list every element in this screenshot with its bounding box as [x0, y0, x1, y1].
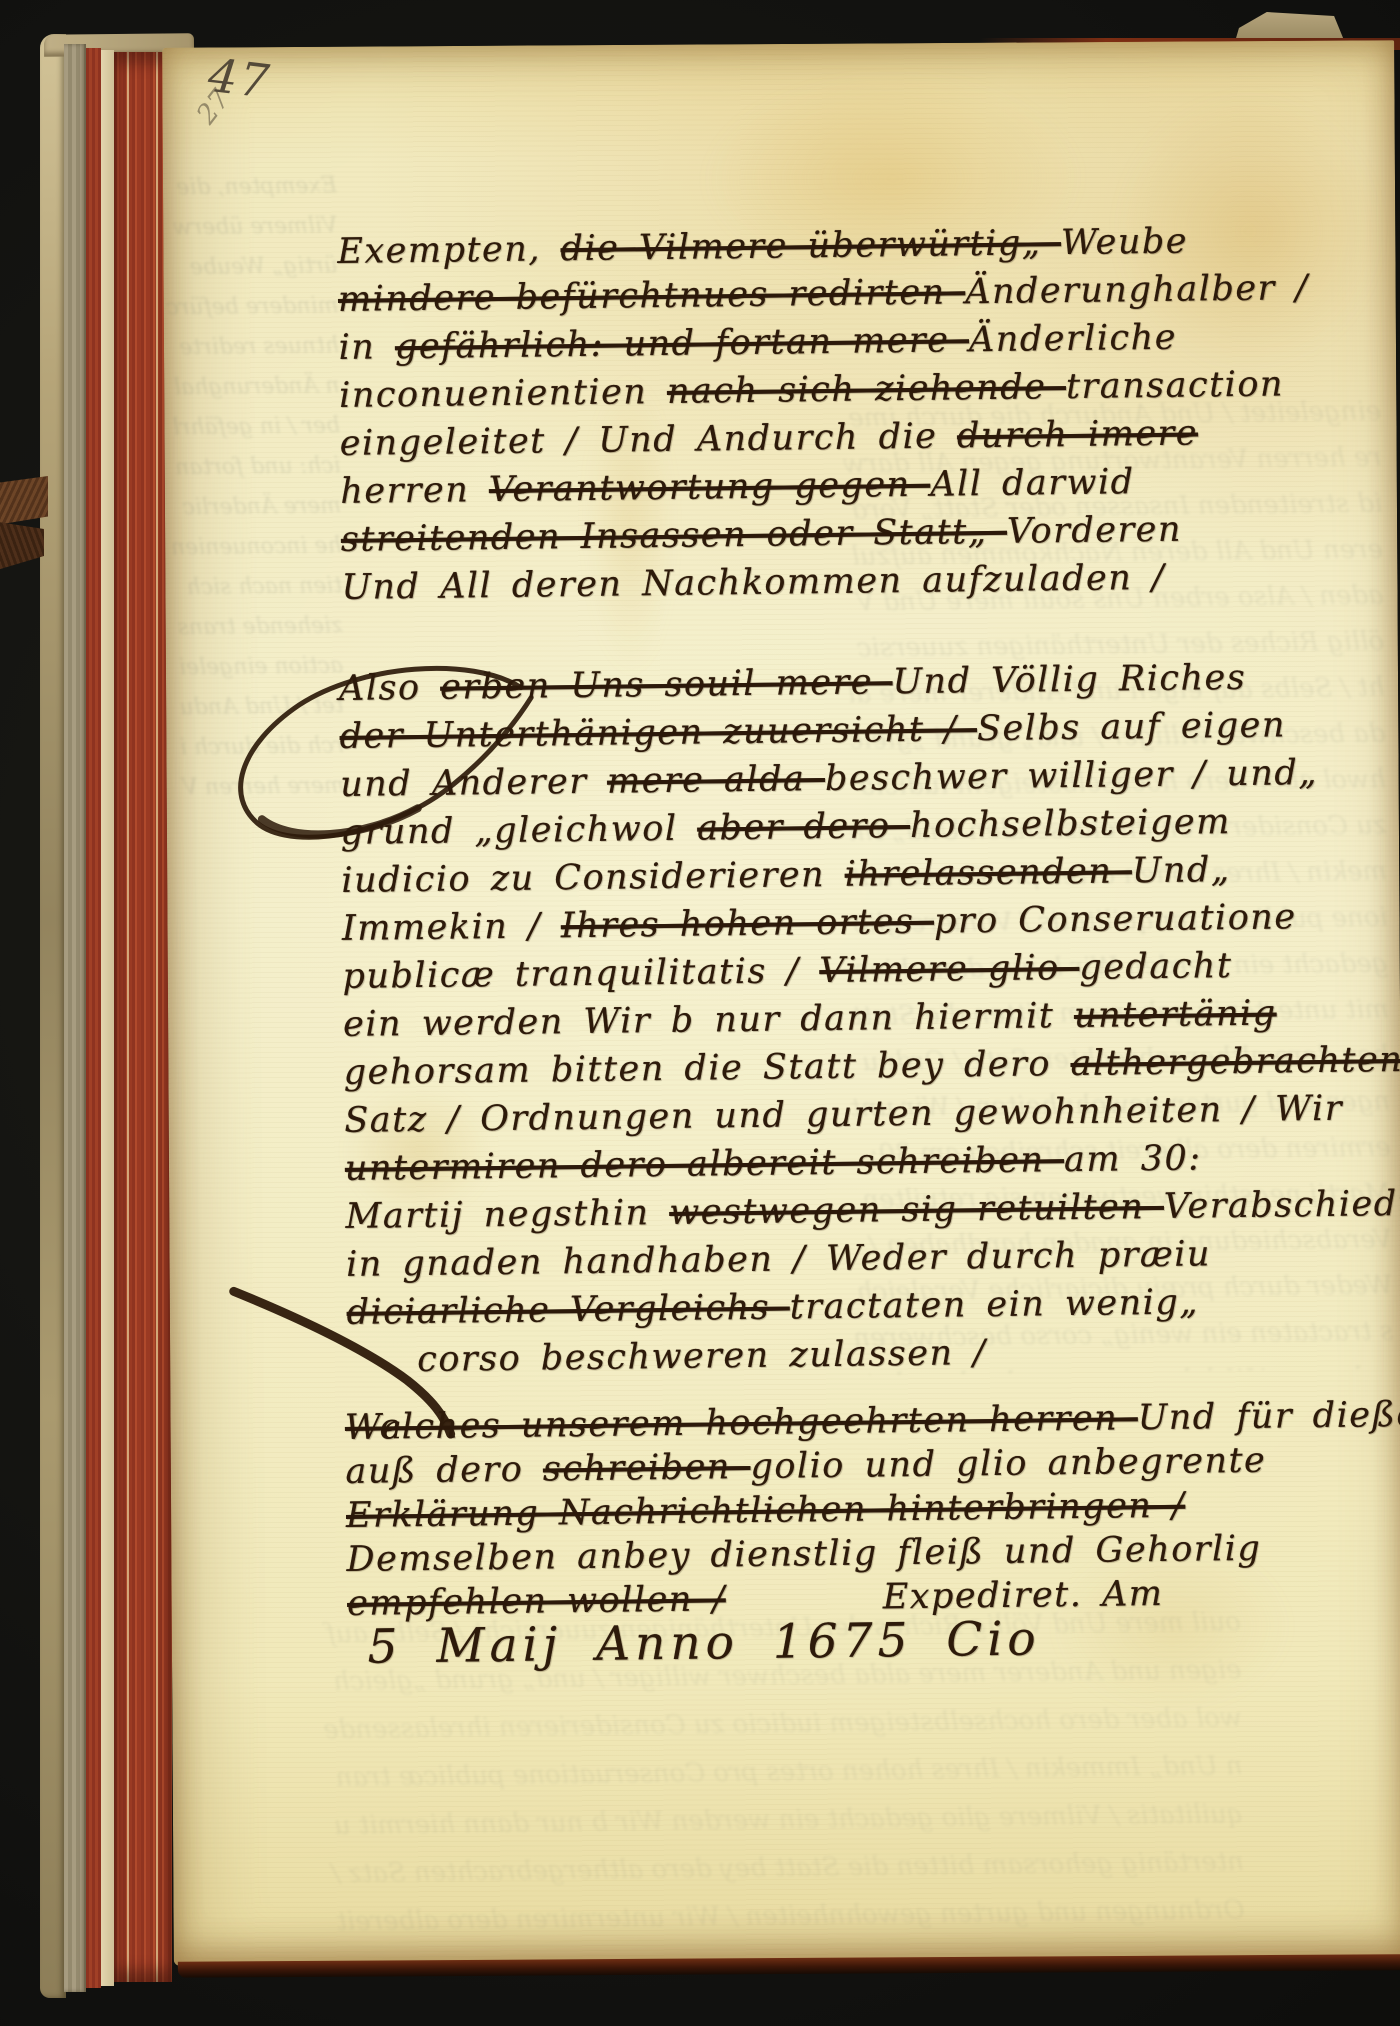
struck-text-segment: Ihres hohen ortes — [561, 902, 935, 947]
manuscript-paragraph-3: Welches unserem hochgeehrten herren Und … — [345, 1393, 1400, 1670]
text-segment: hochselbsteigem — [910, 802, 1231, 846]
text-segment: Und All deren Nachkommen aufzuladen / — [341, 558, 1165, 608]
struck-text-segment: diciarliche Vergleichs — [346, 1287, 790, 1332]
struck-text-segment: schreiben — [543, 1447, 751, 1490]
text-segment: grund „gleichwol — [341, 809, 698, 853]
endpaper-edge — [64, 44, 86, 1992]
text-segment: beschwer williger / und„ — [825, 753, 1318, 799]
ink-bleedthrough: Exempten, die Vilmere überwürtig„ Weube … — [165, 166, 345, 808]
text-segment: All darwid — [930, 462, 1135, 504]
text-segment: in — [338, 327, 395, 368]
struck-text-segment: untermiren dero albereit schreiben — [345, 1140, 1065, 1189]
text-segment: pro Conseruatione — [934, 897, 1297, 941]
text-segment: Immekin / — [342, 906, 561, 949]
cream-fore-edge-strip — [101, 50, 114, 1986]
struck-text-segment: Verantwortung gegen — [489, 465, 931, 510]
text-segment: inconuenientien — [339, 372, 667, 416]
text-segment: Martij negsthin — [345, 1193, 669, 1237]
text-segment: gehorsam bitten die Statt bey dero — [343, 1044, 1070, 1093]
struck-text-segment: durch imere — [957, 413, 1198, 456]
struck-text-segment: ihrelassenden — [844, 851, 1132, 895]
struck-text-segment: der Unterthänigen zuuersicht / — [339, 709, 977, 757]
text-segment: Selbs auf eigen — [977, 705, 1286, 749]
manuscript-page: Exempten, die Vilmere überwürtig„ Weube … — [162, 40, 1400, 1965]
struck-text-segment: nach sich ziehende — [667, 367, 1066, 412]
parchment-cover-edge — [40, 34, 66, 1998]
struck-text-segment: aber dero — [697, 806, 910, 849]
bookmark-ribbon-fold — [0, 476, 48, 528]
text-segment: eingeleitet / Und Andurch die — [339, 416, 957, 464]
manuscript-paragraph-2: Also erben Uns souil mere Und Völlig Ric… — [339, 652, 1400, 1385]
text-segment: Änderliche — [969, 318, 1177, 361]
red-fore-edge-strip — [86, 48, 101, 1988]
struck-text-segment: Vilmere glio — [819, 948, 1079, 991]
text-segment: und Anderer — [340, 762, 607, 805]
text-segment: 5 Maij Anno 1675 Cio — [367, 1611, 1041, 1674]
text-segment: Exempten, — [337, 229, 561, 272]
text-segment: Und„ — [1132, 850, 1231, 891]
photo-backdrop: Exempten, die Vilmere überwürtig„ Weube … — [0, 0, 1400, 2026]
text-segment: in gnaden handhaben / Weder durch præiu — [346, 1234, 1211, 1285]
text-segment: Verabschiedung — [1164, 1183, 1400, 1227]
text-segment: golio und glio anbegrente — [750, 1441, 1266, 1487]
text-segment: auß dero — [345, 1450, 543, 1492]
text-segment: iudicio zu Considerieren — [341, 855, 845, 901]
text-segment: gedacht — [1079, 946, 1233, 988]
text-segment: tractaten ein wenig„ — [789, 1282, 1199, 1327]
struck-text-segment: gefährlich: und fortan mere — [395, 320, 970, 367]
text-segment: am 30: — [1064, 1138, 1202, 1180]
struck-text-segment: die Vilmere überwürtig„ — [560, 223, 1061, 269]
struck-text-segment: untertänig — [1074, 994, 1277, 1036]
text-segment: Also — [339, 668, 441, 709]
text-segment: corso beschweren zulassen / — [417, 1333, 987, 1380]
text-segment: herren — [340, 470, 489, 512]
text-segment: Und Völlig Riches — [892, 658, 1246, 702]
manuscript-line: 5 Maij Anno 1675 Cio — [367, 1613, 1400, 1670]
struck-text-segment: mindere befürchtnues redirten — [338, 272, 966, 320]
struck-text-segment: streitenden Insassen oder Statt„ — [341, 512, 1008, 560]
struck-text-segment: erben Uns souil mere — [440, 662, 893, 708]
struck-text-segment: westwegen sig retuilten — [669, 1187, 1164, 1233]
manuscript-page-wrap: Exempten, die Vilmere überwürtig„ Weube … — [162, 40, 1400, 1965]
text-segment: publicæ tranquilitatis / — [342, 951, 819, 997]
text-segment: transaction — [1066, 364, 1284, 407]
text-segment: Weube — [1061, 222, 1188, 264]
text-segment: Änderunghalber / — [965, 268, 1309, 312]
struck-text-segment: mere alda — [607, 759, 825, 802]
text-segment: ein werden Wir b nur dann hiermit — [343, 996, 1074, 1045]
struck-text-segment: althergebrachten — [1070, 1040, 1400, 1084]
manuscript-paragraph-1: Exempten, die Vilmere überwürtig„ Weubem… — [337, 215, 1400, 612]
text-segment: Und für dießes — [1138, 1395, 1400, 1439]
text-segment: Vorderen — [1007, 510, 1182, 552]
bookmark-ribbon — [0, 476, 48, 570]
bookmark-ribbon-tail — [0, 516, 44, 570]
text-segment: Satz / Ordnungen und gurten gewohnheiten… — [344, 1089, 1343, 1141]
struck-text-segment: Welches unserem hochgeehrten herren — [345, 1398, 1138, 1448]
